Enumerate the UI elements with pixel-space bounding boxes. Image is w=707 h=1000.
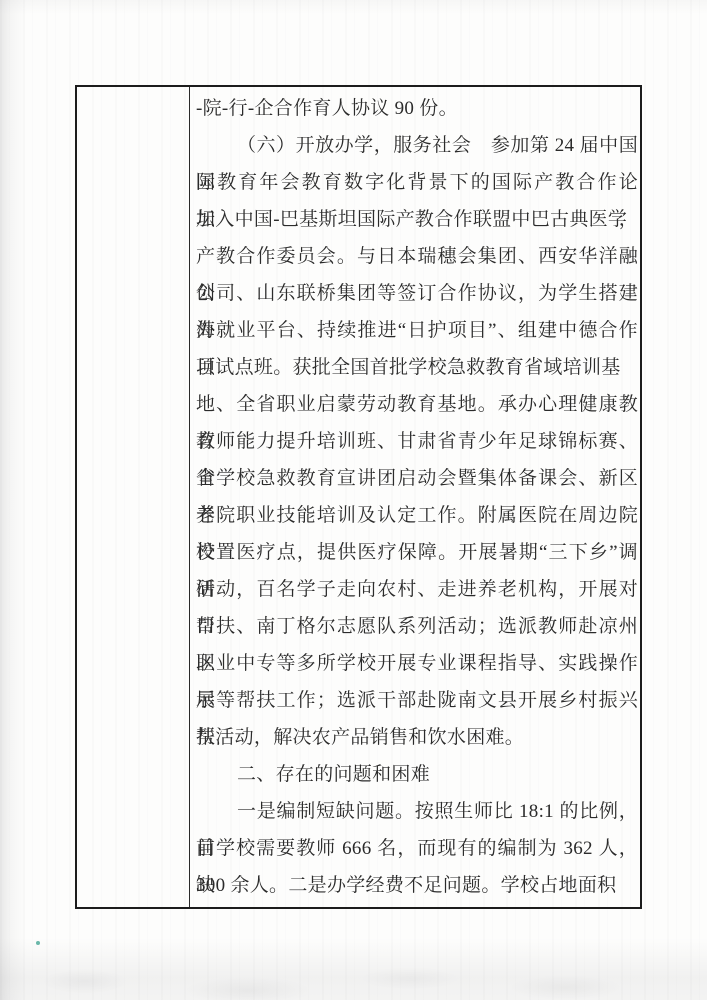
text-line: 示等帮扶工作；选派干部赴陇南文县开展乡村振兴帮: [196, 682, 638, 719]
text-line: 300 余人。二是办学经费不足问题。学校占地面积: [196, 867, 638, 904]
text-line: （六）开放办学，服务社会 参加第 24 届中国国: [196, 127, 638, 164]
text-line: 际教育年会教育数字化背景下的国际产教合作论坛，: [196, 164, 638, 201]
text-line: 活动，百名学子走向农村、走进养老机构，开展对口: [196, 571, 638, 608]
table-cell-label-column: [77, 87, 190, 907]
text-line: 设置医疗点，提供医疗保障。开展暑期“三下乡”调研: [196, 534, 638, 571]
text-line: 省学校急救教育宣讲团启动会暨集体备课会、新区养: [196, 460, 638, 497]
text-line: 加入中国-巴基斯坦国际产教合作联盟中巴古典医学: [196, 201, 638, 238]
report-table: -院-行-企合作育人协议 90 份。（六）开放办学，服务社会 参加第 24 届中…: [75, 85, 642, 909]
text-line: 职业中专等多所学校开展专业课程指导、实践操作展: [196, 645, 638, 682]
scan-edge-shadow-left: [0, 0, 26, 1000]
table-cell-content: -院-行-企合作育人协议 90 份。（六）开放办学，服务社会 参加第 24 届中…: [190, 87, 640, 907]
text-line: 教师能力提升培训班、甘肃省青少年足球锦标赛、全: [196, 423, 638, 460]
text-line: 地、全省职业启蒙劳动教育基地。承办心理健康教育: [196, 386, 638, 423]
text-line: 目试点班。获批全国首批学校急救教育省域培训基: [196, 349, 638, 386]
scan-edge-shadow-top: [0, 0, 707, 14]
text-line: -院-行-企合作育人协议 90 份。: [196, 90, 638, 127]
text-line: 二、存在的问题和困难: [196, 756, 638, 793]
text-line: 老院职业技能培训及认定工作。附属医院在周边院校: [196, 497, 638, 534]
scanned-page: -院-行-企合作育人协议 90 份。（六）开放办学，服务社会 参加第 24 届中…: [0, 0, 707, 1000]
text-line: 公司、山东联桥集团等签订合作协议，为学生搭建海: [196, 275, 638, 312]
text-line: 帮扶、南丁格尔志愿队系列活动；选派教师赴凉州区: [196, 608, 638, 645]
scan-speck: [36, 941, 40, 945]
text-line: 一是编制短缺问题。按照生师比 18:1 的比例，目: [196, 793, 638, 830]
text-line: 扶活动，解决农产品销售和饮水困难。: [196, 719, 638, 756]
text-line: 外就业平台、持续推进“日护项目”、组建中德合作项: [196, 312, 638, 349]
text-line: 产教合作委员会。与日本瑞穗会集团、西安华洋融创: [196, 238, 638, 275]
text-line: 前学校需要教师 666 名，而现有的编制为 362 人，缺: [196, 830, 638, 867]
scan-edge-shadow-bottom: [0, 938, 707, 1000]
